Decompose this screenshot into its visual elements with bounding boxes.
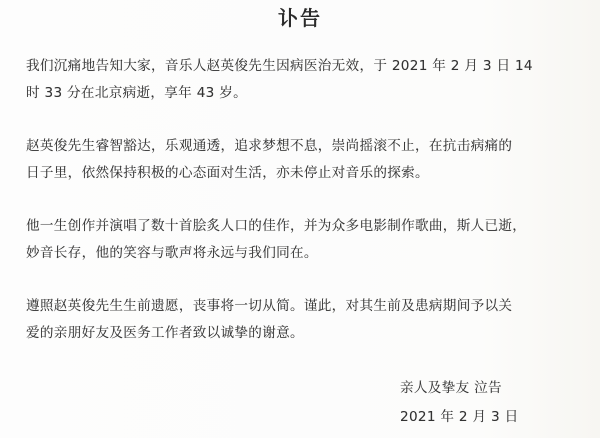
paragraph-line: 妙音长存，他的笑容与歌声将永远与我们同在。 (26, 240, 586, 267)
paragraph-line: 他一生创作并演唱了数十首脍炙人口的佳作，并为众多电影制作歌曲，斯人已逝， (26, 213, 586, 240)
paragraph-character: 赵英俊先生睿智豁达，乐观通透，追求梦想不息，崇尚摇滚不止，在抗击病痛的 日子里，… (26, 133, 586, 187)
document-title: 讣告 (0, 4, 600, 32)
paragraph-line: 爱的亲朋好友及医务工作者致以诚挚的谢意。 (26, 320, 586, 347)
paragraph-line: 时 33 分在北京病逝，享年 43 岁。 (26, 80, 586, 107)
paragraph-thanks: 遵照赵英俊先生生前遗愿，丧事将一切从简。谨此，对其生前及患病期间予以关 爱的亲朋… (26, 293, 586, 347)
paragraph-works: 他一生创作并演唱了数十首脍炙人口的佳作，并为众多电影制作歌曲，斯人已逝， 妙音长… (26, 213, 586, 267)
paragraph-line: 遵照赵英俊先生生前遗愿，丧事将一切从简。谨此，对其生前及患病期间予以关 (26, 293, 586, 320)
signature: 亲人及挚友 泣告 (400, 376, 502, 396)
paragraph-line: 赵英俊先生睿智豁达，乐观通透，追求梦想不息，崇尚摇滚不止，在抗击病痛的 (26, 133, 586, 160)
paragraph-line: 我们沉痛地告知大家，音乐人赵英俊先生因病医治无效，于 2021 年 2 月 3 … (26, 53, 586, 80)
signature-date: 2021 年 2 月 3 日 (400, 405, 518, 425)
obituary-document: 讣告 我们沉痛地告知大家，音乐人赵英俊先生因病医治无效，于 2021 年 2 月… (0, 0, 600, 438)
paragraph-line: 日子里，依然保持积极的心态面对生活，亦未停止对音乐的探索。 (26, 160, 586, 187)
paragraph-announcement: 我们沉痛地告知大家，音乐人赵英俊先生因病医治无效，于 2021 年 2 月 3 … (26, 53, 586, 107)
